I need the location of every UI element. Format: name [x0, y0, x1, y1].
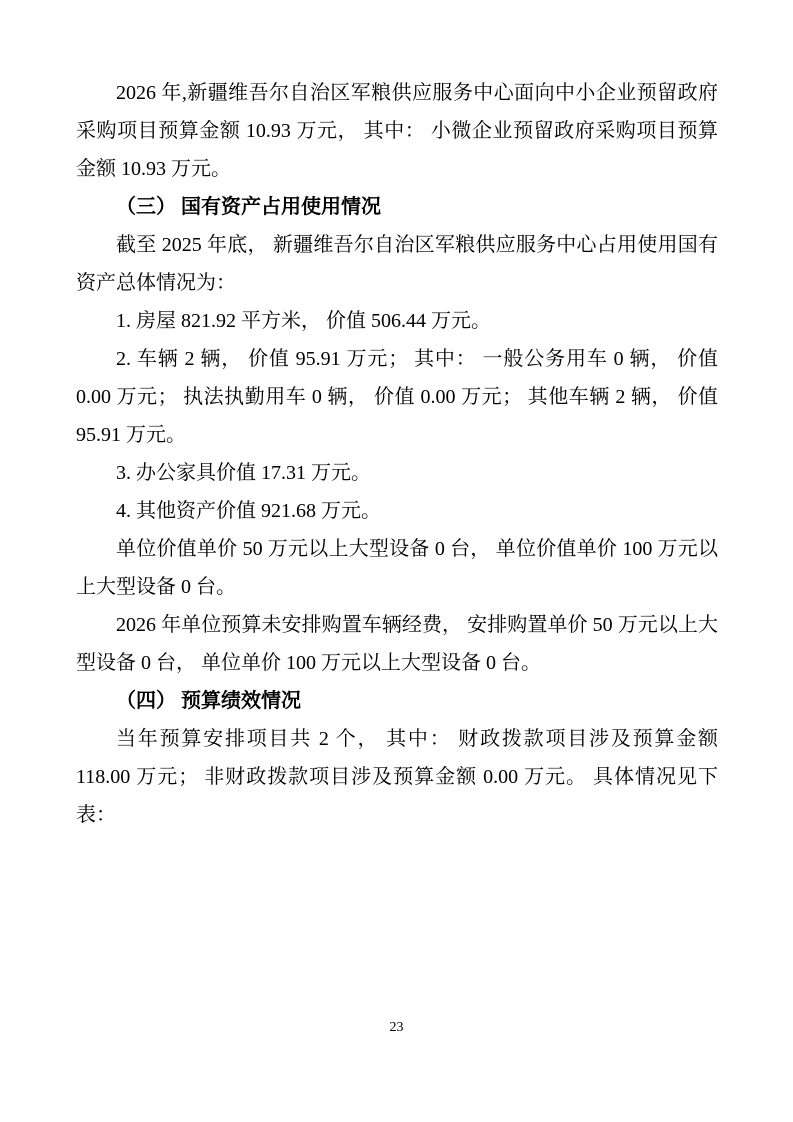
paragraph-large-equipment: 单位价值单价 50 万元以上大型设备 0 台， 单位价值单价 100 万元以上大…	[76, 530, 718, 606]
heading-section-3-state-assets: （三） 国有资产占用使用情况	[76, 188, 718, 226]
document-body: 2026 年,新疆维吾尔自治区军粮供应服务中心面向中小企业预留政府采购项目预算金…	[76, 74, 718, 834]
heading-section-4-budget-performance: （四） 预算绩效情况	[76, 682, 718, 720]
paragraph-item-3-furniture: 3. 办公家具价值 17.31 万元。	[76, 454, 718, 492]
paragraph-sme-procurement: 2026 年,新疆维吾尔自治区军粮供应服务中心面向中小企业预留政府采购项目预算金…	[76, 74, 718, 188]
paragraph-assets-overview: 截至 2025 年底， 新疆维吾尔自治区军粮供应服务中心占用使用国有资产总体情况…	[76, 226, 718, 302]
document-page: 2026 年,新疆维吾尔自治区军粮供应服务中心面向中小企业预留政府采购项目预算金…	[0, 0, 793, 1122]
paragraph-budget-performance-summary: 当年预算安排项目共 2 个， 其中： 财政拨款项目涉及预算金额 118.00 万…	[76, 720, 718, 834]
paragraph-item-2-vehicles: 2. 车辆 2 辆， 价值 95.91 万元； 其中： 一般公务用车 0 辆， …	[76, 340, 718, 454]
paragraph-item-4-other-assets: 4. 其他资产价值 921.68 万元。	[76, 492, 718, 530]
paragraph-item-1-housing: 1. 房屋 821.92 平方米， 价值 506.44 万元。	[76, 302, 718, 340]
page-number: 23	[0, 1018, 793, 1038]
paragraph-2026-budget-equipment: 2026 年单位预算未安排购置车辆经费， 安排购置单价 50 万元以上大型设备 …	[76, 606, 718, 682]
